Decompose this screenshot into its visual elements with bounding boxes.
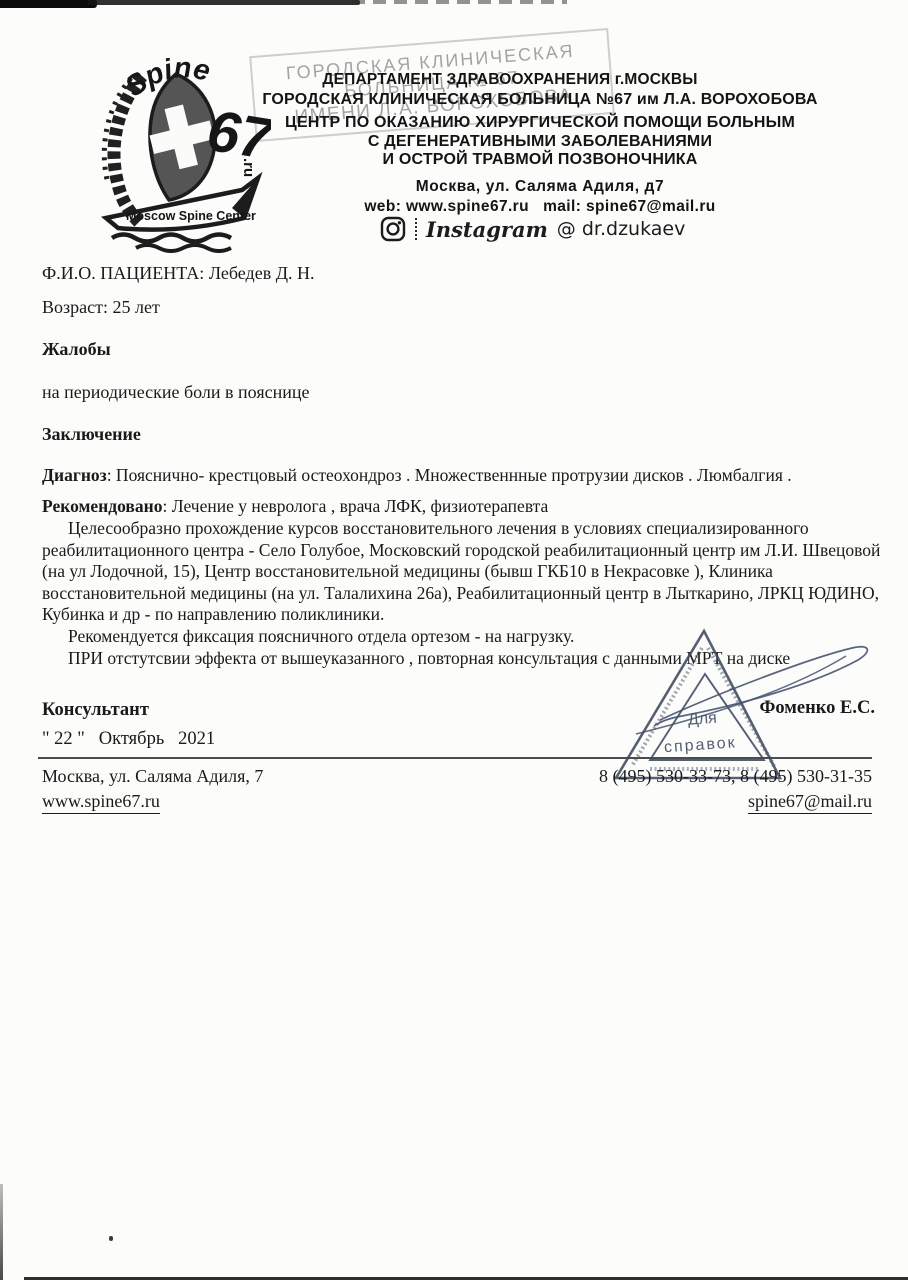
instagram-handle: @ dr.dzukaev	[557, 218, 686, 240]
scan-artifact-dot	[109, 1236, 113, 1241]
logo-subtitle: Moscow Spine Center	[126, 209, 256, 223]
consultant-label: Консультант	[42, 699, 149, 721]
header-hospital-line: ГОРОДСКАЯ КЛИНИЧЕСКАЯ БОЛЬНИЦА №67 им Л.…	[210, 91, 870, 109]
signature-tail	[636, 656, 846, 734]
scan-artifact-top-speckle	[352, 0, 567, 4]
header-center-line-3: И ОСТРОЙ ТРАВМОЙ ПОЗВОНОЧНИКА	[240, 151, 840, 169]
header-center-line-1: ЦЕНТР ПО ОКАЗАНИЮ ХИРУРГИЧЕСКОЙ ПОМОЩИ Б…	[240, 114, 840, 132]
instagram-wordmark: Instagram	[426, 217, 548, 242]
diagnosis-line: Диагноз: Пояснично- крестцовый остеохонд…	[42, 464, 892, 486]
recommendation-paragraph-1: Целесообразно прохождение курсов восстан…	[42, 518, 888, 626]
patient-age-label: Возраст:	[42, 297, 108, 317]
recommended-text: : Лечение у невролога , врача ЛФК, физио…	[162, 496, 548, 516]
complaints-heading: Жалобы	[42, 338, 111, 360]
patient-age-line: Возраст: 25 лет	[42, 296, 442, 318]
recommended-label: Рекомендовано	[42, 496, 162, 516]
patient-age-value: 25 лет	[108, 297, 160, 317]
diagnosis-label: Диагноз	[42, 465, 107, 485]
patient-fio-line: Ф.И.О. ПАЦИЕНТА: Лебедев Д. Н.	[42, 262, 642, 284]
scan-artifact-top-bar	[0, 0, 97, 8]
instagram-row: Instagram @ dr.dzukaev	[380, 214, 700, 244]
instagram-icon	[380, 216, 406, 242]
conclusion-heading: Заключение	[42, 423, 141, 445]
signature-loop	[654, 647, 867, 726]
date-line: " 22 " Октябрь 2021	[42, 728, 215, 750]
complaints-text: на периодические боли в пояснице	[42, 381, 742, 403]
doctor-signature	[598, 630, 898, 742]
wave-icon	[136, 245, 231, 251]
scanned-medical-report: ГОРОДСКАЯ КЛИНИЧЕСКАЯ БОЛЬНИЦА № 67 ИМЕН…	[0, 0, 908, 1280]
header-address: Москва, ул. Саляма Адиля, д7	[290, 178, 790, 196]
header-center-line-2: С ДЕГЕНЕРАТИВНЫМИ ЗАБОЛЕВАНИЯМИ	[240, 133, 840, 151]
footer-address: Москва, ул. Саляма Адиля, 7	[42, 766, 263, 787]
recommended-line: Рекомендовано: Лечение у невролога , вра…	[42, 495, 892, 517]
patient-fio-value: Лебедев Д. Н.	[204, 263, 314, 283]
footer-email-link: spine67@mail.ru	[748, 791, 872, 814]
scan-artifact-top-strip	[88, 0, 360, 5]
header-department-line: ДЕПАРТАМЕНТ ЗДРАВООХРАНЕНИЯ г.МОСКВЫ	[250, 71, 770, 89]
wave-icon	[112, 235, 231, 242]
footer-phones: 8 (495) 530-33-73, 8 (495) 530-31-35	[599, 766, 872, 787]
patient-fio-label: Ф.И.О. ПАЦИЕНТА:	[42, 263, 204, 283]
divider-bar	[415, 218, 417, 240]
footer-site-link: www.spine67.ru	[42, 791, 160, 814]
diagnosis-text: : Пояснично- крестцовый остеохондроз . М…	[107, 465, 792, 485]
scan-artifact-left-edge	[0, 1184, 3, 1280]
